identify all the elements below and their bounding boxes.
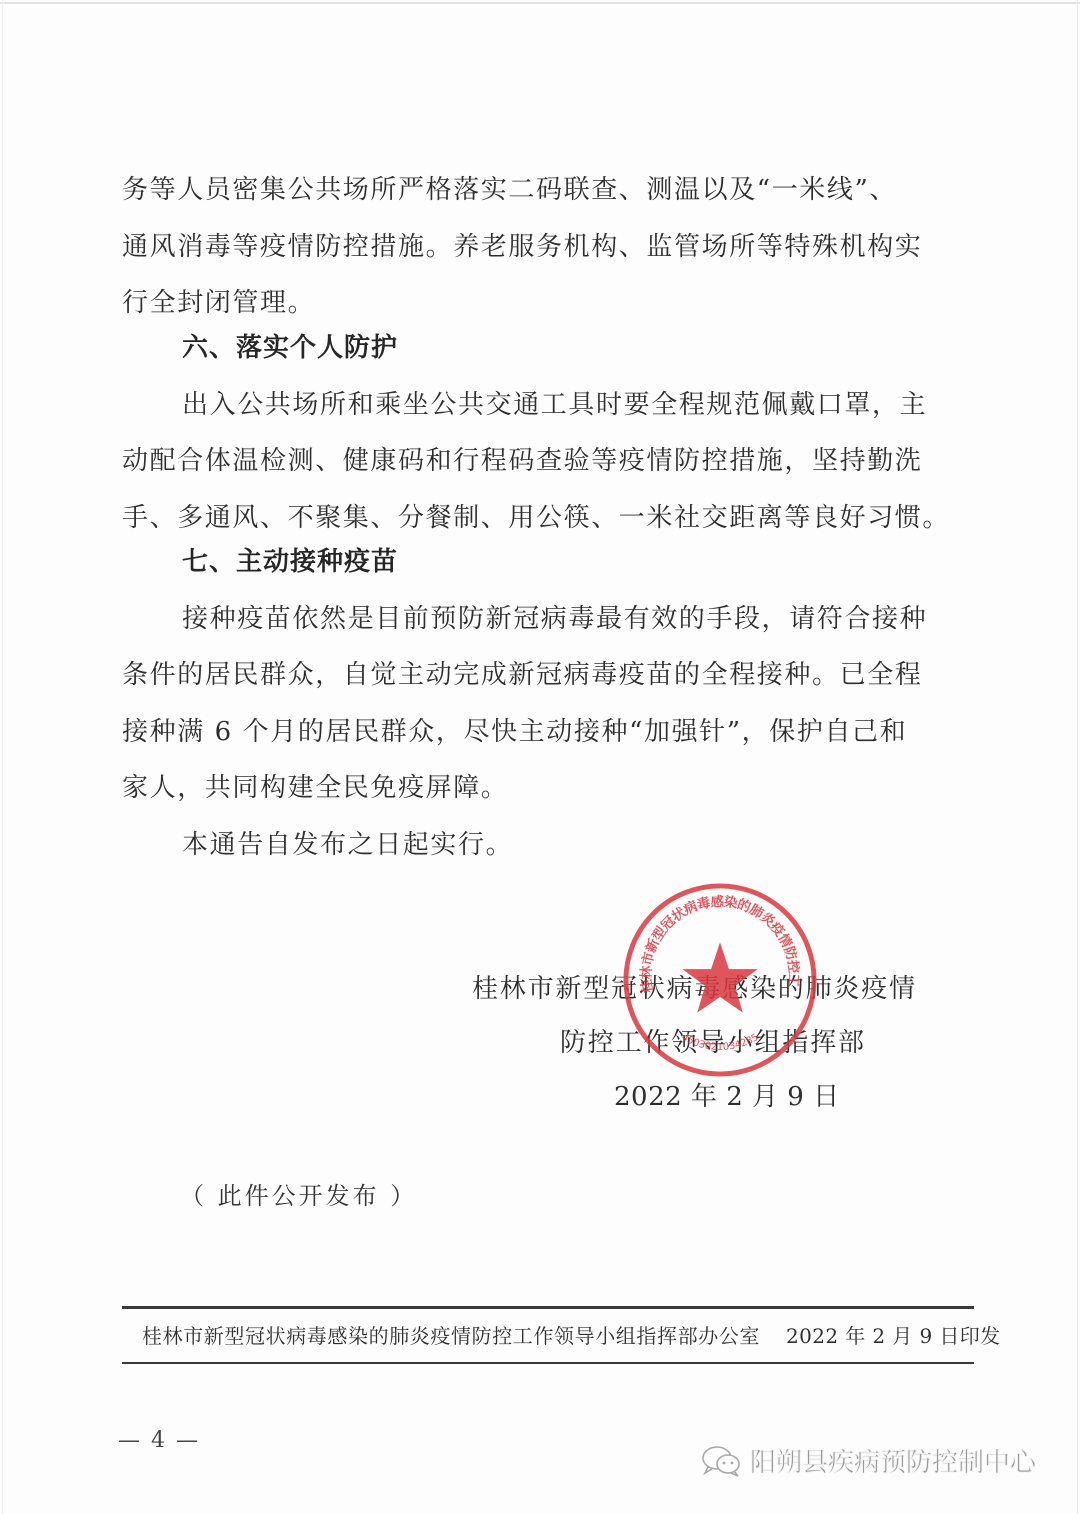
text-line: 务等人员密集公共场所严格落实二码联查、测温以及“一米线”、 (122, 162, 982, 219)
scan-edge-left (2, 0, 3, 1514)
footer-issuer: 桂林市新型冠状病毒感染的肺炎疫情防控工作领导小组指挥部办公室 (142, 1320, 760, 1349)
text-line: 接种疫苗依然是目前预防新冠病毒最有效的手段，请符合接种 (122, 591, 982, 648)
text-line: 家人，共同构建全民免疫屏障。 (122, 760, 982, 817)
text-line: 接种满 6 个月的居民群众，尽快主动接种“加强针”，保护自己和 (122, 704, 982, 761)
footer-issue-date: 2022 年 2 月 9 日印发 (786, 1320, 1001, 1349)
text-line: 动配合体温检测、健康码和行程码查验等疫情防控措施，坚持勤洗 (122, 433, 982, 490)
footer-rule-top (122, 1306, 974, 1309)
watermark-text: 阳朔县疾病预防控制中心 (750, 1442, 1036, 1479)
footer-rule-bottom (122, 1362, 974, 1364)
text-line: 通风消毒等疫情防控措施。养老服务机构、监管场所等特殊机构实 (122, 219, 982, 276)
text-line: 出入公共场所和乘坐公共交通工具时要全程规范佩戴口罩，主 (122, 377, 982, 434)
signature-date: 2022 年 2 月 9 日 (614, 1076, 840, 1113)
signature-org-line2: 防控工作领导小组指挥部 (560, 1022, 866, 1059)
section-heading: 七、主动接种疫苗 (122, 534, 982, 591)
wechat-icon (700, 1443, 744, 1479)
page-number: — 4 — (118, 1428, 200, 1453)
section-vaccination: 七、主动接种疫苗 接种疫苗依然是目前预防新冠病毒最有效的手段，请符合接种 条件的… (122, 534, 982, 873)
effective-statement: 本通告自发布之日起实行。 (122, 817, 982, 874)
section-heading: 六、落实个人防护 (122, 320, 982, 377)
signature-org-line1: 桂林市新型冠状病毒感染的肺炎疫情 (472, 968, 917, 1005)
scan-edge-top (0, 2, 1080, 4)
text-line: 条件的居民群众，自觉主动完成新冠病毒疫苗的全程接种。已全程 (122, 647, 982, 704)
public-release-note: （ 此件公开发布 ） (180, 1176, 417, 1211)
paragraph-continuation: 务等人员密集公共场所严格落实二码联查、测温以及“一米线”、 通风消毒等疫情防控措… (122, 162, 982, 332)
scan-edge-right (1077, 0, 1078, 1514)
section-personal-protection: 六、落实个人防护 出入公共场所和乘坐公共交通工具时要全程规范佩戴口罩，主 动配合… (122, 320, 982, 546)
watermark: 阳朔县疾病预防控制中心 (700, 1442, 1036, 1479)
